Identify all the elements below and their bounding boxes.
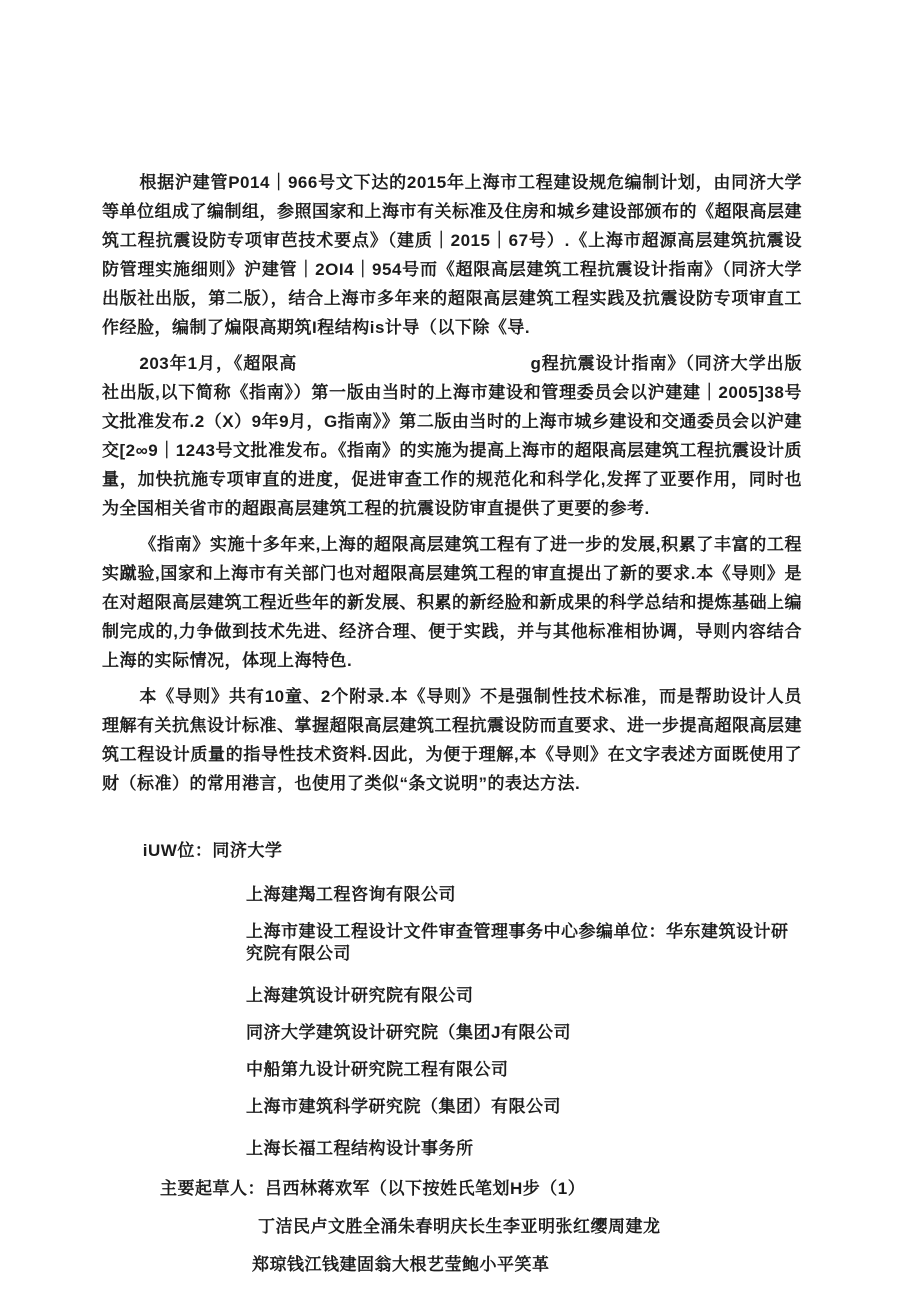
paragraph-compilation-basis: 根据沪建管P014｜966号文下达的2015年上海市工程建设规危编制计划，由同济… [102,168,802,342]
org-list-item: 中船第九设计研究院工程有限公司 [246,1059,802,1081]
document-page: 根据沪建管P014｜966号文下达的2015年上海市工程建设规危编制计划，由同济… [0,0,920,1301]
drafter-names-line: 丁洁民卢文胜全涌朱春明庆长生李亚明张红缨周建龙 [258,1216,802,1238]
org-list-item: 上海市建筑科学研究院（集团）有限公司 [246,1096,802,1118]
org-list-item: 上海建筑设计研究院有限公司 [246,985,802,1007]
lead-unit-line: iUW位：同济大学 [143,840,802,862]
document-body: 根据沪建管P014｜966号文下达的2015年上海市工程建设规危编制计划，由同济… [102,168,802,1290]
org-list-item: 同济大学建筑设计研究院（集团J有限公司 [246,1022,802,1044]
drafter-names-line: 郑琼钱江钱建固翁大根艺莹鲍小平笑革 [252,1254,802,1276]
org-list-item: 上海市建设工程设计文件审查管理事务中心参编单位：华东建筑设计研究院有限公司 [246,921,802,965]
credits-section: iUW位：同济大学 上海建羯工程咨询有限公司 上海市建设工程设计文件审查管理事务… [102,840,802,1276]
paragraph-guide-history: 203年1月，《超限高 g程抗震设计指南》（同济大学出版社出版,以下简称《指南》… [102,349,802,523]
org-list-item: 上海建羯工程咨询有限公司 [246,884,802,906]
chief-drafters-line: 主要起草人：吕西林蒋欢军（以下按姓氏笔划H步（1） [160,1178,802,1200]
paragraph-guide-implementation: 《指南》实施十多年来,上海的超限高层建筑工程有了进一步的发展,积累了丰富的工程实… [102,530,802,675]
paragraph-daoze-description: 本《导则》共有10童、2个附录.本《导则》不是强制性技术标准，而是帮助设计人员理… [102,682,802,798]
org-list-item: 上海长福工程结构设计事务所 [246,1138,802,1160]
